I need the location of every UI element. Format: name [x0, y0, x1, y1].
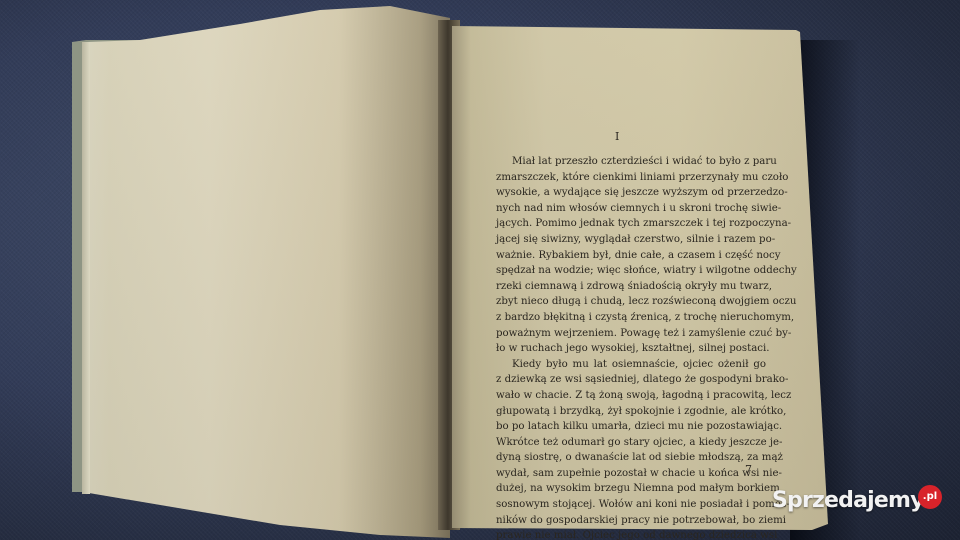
text-line: poważnym wejrzeniem. Powagę też i zamyśl…: [496, 326, 766, 342]
watermark-badge: .pl: [918, 485, 942, 509]
text-line: dużej, na wysokim brzegu Niemna pod mały…: [496, 481, 766, 497]
text-line: wało w chacie. Z tą żoną swoją, łagodną …: [496, 388, 766, 404]
text-line: prawie nie miał. Ojciec jego od dawnego …: [496, 528, 766, 540]
text-line: nych nad nim włosów ciemnych i u skroni …: [496, 201, 766, 217]
text-line: Kiedy było mu lat osiemnaście, ojciec oż…: [496, 357, 766, 373]
left-page-blank: [80, 0, 450, 540]
page-body-text: Miał lat przeszło czterdzieści i widać t…: [496, 154, 766, 540]
text-line: zbyt nieco długą i chudą, lecz rozświeco…: [496, 294, 766, 310]
text-line: jących. Pomimo jednak tych zmarszczek i …: [496, 216, 766, 232]
text-line: sosnowym stojącej. Wołów ani koni nie po…: [496, 497, 766, 513]
chapter-heading: I: [615, 130, 619, 143]
text-line: jącej się siwizny, wyglądał czerstwo, si…: [496, 232, 766, 248]
text-line: Miał lat przeszło czterdzieści i widać t…: [496, 154, 766, 170]
text-line: z bardzo błękitną i czystą źrenicą, z tr…: [496, 310, 766, 326]
text-line: ważnie. Rybakiem był, dnie całe, a czase…: [496, 248, 766, 264]
page-number: 7: [745, 463, 752, 476]
text-line: wydał, sam zupełnie pozostał w chacie u …: [496, 466, 766, 482]
text-line: wysokie, a wydające się jeszcze wyższym …: [496, 185, 766, 201]
watermark-brand: Sprzedajemy: [772, 488, 924, 513]
text-line: ników do gospodarskiej pracy nie potrzeb…: [496, 513, 766, 529]
text-line: głupowatą i brzydką, żył spokojnie i zgo…: [496, 404, 766, 420]
text-line: bo po latach kilku umarła, dzieci mu nie…: [496, 419, 766, 435]
page-stack-edge: [82, 42, 90, 494]
text-line: z dziewką ze wsi sąsiedniej, dlatego że …: [496, 372, 766, 388]
text-line: zmarszczek, które cienkimi liniami przer…: [496, 170, 766, 186]
text-line: dyną siostrę, o dwanaście lat od siebie …: [496, 450, 766, 466]
text-line: rzeki ciemnawą i zdrową śniadością okrył…: [496, 279, 766, 295]
text-line: spędzał na wodzie; więc słońce, wiatry i…: [496, 263, 766, 279]
text-line: ło w ruchach jego wysokiej, kształtnej, …: [496, 341, 766, 357]
text-line: Wkrótce też odumarł go stary ojciec, a k…: [496, 435, 766, 451]
